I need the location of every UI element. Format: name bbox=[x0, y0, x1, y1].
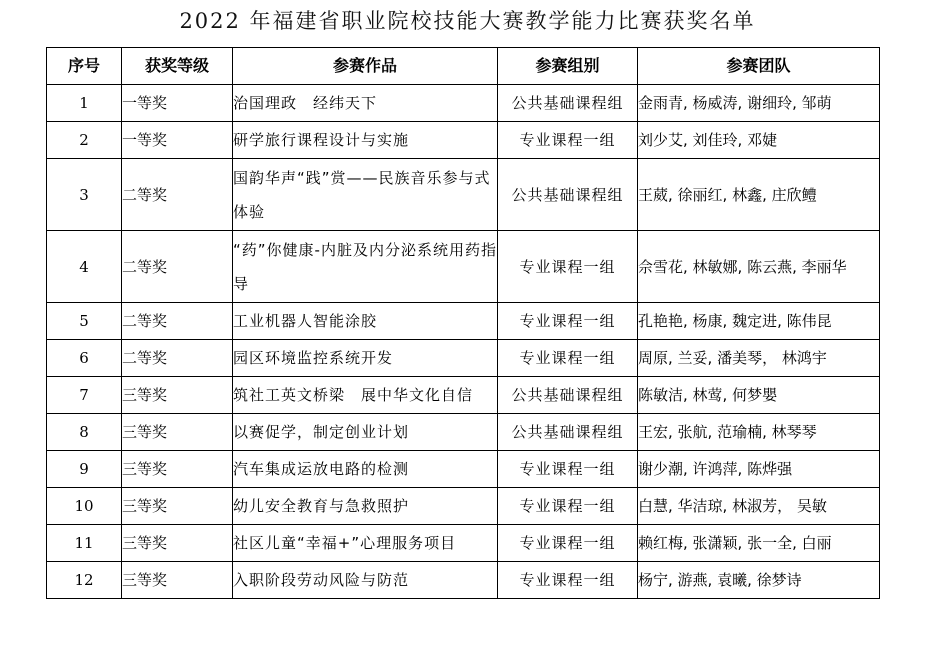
cell-group: 专业课程一组 bbox=[498, 122, 638, 159]
table-header-row: 序号 获奖等级 参赛作品 参赛组别 参赛团队 bbox=[47, 48, 880, 85]
header-work: 参赛作品 bbox=[233, 48, 498, 85]
cell-group: 专业课程一组 bbox=[498, 340, 638, 377]
cell-group: 公共基础课程组 bbox=[498, 377, 638, 414]
cell-level: 一等奖 bbox=[122, 122, 233, 159]
table-row: 8 三等奖 以赛促学，制定创业计划 公共基础课程组 王宏, 张航, 范瑜楠, 林… bbox=[47, 414, 880, 451]
cell-group: 专业课程一组 bbox=[498, 303, 638, 340]
cell-team: 周原, 兰妥, 潘美琴， 林鸿宇 bbox=[638, 340, 880, 377]
cell-group: 专业课程一组 bbox=[498, 525, 638, 562]
cell-no: 7 bbox=[47, 377, 122, 414]
cell-team: 陈敏洁, 林莺, 何梦嬰 bbox=[638, 377, 880, 414]
cell-work: 以赛促学，制定创业计划 bbox=[233, 414, 498, 451]
cell-team: 杨宁, 游燕, 袁曦, 徐梦诗 bbox=[638, 562, 880, 599]
cell-team: 白慧, 华洁琼, 林淑芳， 吴敏 bbox=[638, 488, 880, 525]
header-group: 参赛组别 bbox=[498, 48, 638, 85]
cell-group: 公共基础课程组 bbox=[498, 159, 638, 231]
cell-team: 金雨青, 杨威涛, 谢细玲, 邹萌 bbox=[638, 85, 880, 122]
table-row: 9 三等奖 汽车集成运放电路的检测 专业课程一组 谢少潮, 许鸿萍, 陈烨强 bbox=[47, 451, 880, 488]
cell-work: 幼儿安全教育与急救照护 bbox=[233, 488, 498, 525]
cell-level: 三等奖 bbox=[122, 451, 233, 488]
cell-no: 12 bbox=[47, 562, 122, 599]
cell-group: 公共基础课程组 bbox=[498, 414, 638, 451]
cell-level: 三等奖 bbox=[122, 562, 233, 599]
cell-no: 9 bbox=[47, 451, 122, 488]
cell-no: 3 bbox=[47, 159, 122, 231]
table-row: 3 二等奖 国韵华声“践”赏——民族音乐参与式体验 公共基础课程组 王葳, 徐丽… bbox=[47, 159, 880, 231]
cell-no: 5 bbox=[47, 303, 122, 340]
table-row: 10 三等奖 幼儿安全教育与急救照护 专业课程一组 白慧, 华洁琼, 林淑芳， … bbox=[47, 488, 880, 525]
table-row: 2 一等奖 研学旅行课程设计与实施 专业课程一组 刘少艾, 刘佳玲, 邓婕 bbox=[47, 122, 880, 159]
table-row: 5 二等奖 工业机器人智能涂胶 专业课程一组 孔艳艳, 杨康, 魏定进, 陈伟昆 bbox=[47, 303, 880, 340]
cell-team: 王葳, 徐丽红, 林鑫, 庄欣鳢 bbox=[638, 159, 880, 231]
cell-team: 王宏, 张航, 范瑜楠, 林琴琴 bbox=[638, 414, 880, 451]
cell-work: “药”你健康-内脏及内分泌系统用药指导 bbox=[233, 231, 498, 303]
cell-work: 汽车集成运放电路的检测 bbox=[233, 451, 498, 488]
cell-level: 三等奖 bbox=[122, 377, 233, 414]
cell-team: 佘雪花, 林敏娜, 陈云燕, 李丽华 bbox=[638, 231, 880, 303]
table-row: 4 二等奖 “药”你健康-内脏及内分泌系统用药指导 专业课程一组 佘雪花, 林敏… bbox=[47, 231, 880, 303]
cell-no: 6 bbox=[47, 340, 122, 377]
cell-level: 三等奖 bbox=[122, 525, 233, 562]
cell-work: 研学旅行课程设计与实施 bbox=[233, 122, 498, 159]
cell-group: 专业课程一组 bbox=[498, 562, 638, 599]
cell-level: 三等奖 bbox=[122, 488, 233, 525]
table-row: 11 三等奖 社区儿童“幸福+”心理服务项目 专业课程一组 赖红梅, 张潇颖, … bbox=[47, 525, 880, 562]
cell-work: 筑社工英文桥梁 展中华文化自信 bbox=[233, 377, 498, 414]
cell-level: 二等奖 bbox=[122, 159, 233, 231]
cell-work: 治国理政 经纬天下 bbox=[233, 85, 498, 122]
cell-team: 孔艳艳, 杨康, 魏定进, 陈伟昆 bbox=[638, 303, 880, 340]
cell-level: 二等奖 bbox=[122, 340, 233, 377]
cell-level: 三等奖 bbox=[122, 414, 233, 451]
table-row: 1 一等奖 治国理政 经纬天下 公共基础课程组 金雨青, 杨威涛, 谢细玲, 邹… bbox=[47, 85, 880, 122]
awards-table: 序号 获奖等级 参赛作品 参赛组别 参赛团队 1 一等奖 治国理政 经纬天下 公… bbox=[46, 47, 880, 599]
header-no: 序号 bbox=[47, 48, 122, 85]
cell-no: 1 bbox=[47, 85, 122, 122]
cell-work: 入职阶段劳动风险与防范 bbox=[233, 562, 498, 599]
table-row: 12 三等奖 入职阶段劳动风险与防范 专业课程一组 杨宁, 游燕, 袁曦, 徐梦… bbox=[47, 562, 880, 599]
cell-group: 专业课程一组 bbox=[498, 488, 638, 525]
cell-no: 11 bbox=[47, 525, 122, 562]
cell-group: 专业课程一组 bbox=[498, 451, 638, 488]
cell-no: 4 bbox=[47, 231, 122, 303]
cell-level: 二等奖 bbox=[122, 231, 233, 303]
cell-level: 一等奖 bbox=[122, 85, 233, 122]
cell-team: 谢少潮, 许鸿萍, 陈烨强 bbox=[638, 451, 880, 488]
page-title: 2022 年福建省职业院校技能大赛教学能力比赛获奖名单 bbox=[0, 6, 935, 36]
header-level: 获奖等级 bbox=[122, 48, 233, 85]
cell-no: 2 bbox=[47, 122, 122, 159]
cell-group: 专业课程一组 bbox=[498, 231, 638, 303]
table-row: 6 二等奖 园区环境监控系统开发 专业课程一组 周原, 兰妥, 潘美琴， 林鸿宇 bbox=[47, 340, 880, 377]
cell-no: 8 bbox=[47, 414, 122, 451]
table-row: 7 三等奖 筑社工英文桥梁 展中华文化自信 公共基础课程组 陈敏洁, 林莺, 何… bbox=[47, 377, 880, 414]
header-team: 参赛团队 bbox=[638, 48, 880, 85]
cell-work: 工业机器人智能涂胶 bbox=[233, 303, 498, 340]
cell-work: 国韵华声“践”赏——民族音乐参与式体验 bbox=[233, 159, 498, 231]
cell-no: 10 bbox=[47, 488, 122, 525]
cell-work: 园区环境监控系统开发 bbox=[233, 340, 498, 377]
cell-level: 二等奖 bbox=[122, 303, 233, 340]
cell-group: 公共基础课程组 bbox=[498, 85, 638, 122]
cell-team: 赖红梅, 张潇颖, 张一全, 白丽 bbox=[638, 525, 880, 562]
cell-work: 社区儿童“幸福+”心理服务项目 bbox=[233, 525, 498, 562]
cell-team: 刘少艾, 刘佳玲, 邓婕 bbox=[638, 122, 880, 159]
